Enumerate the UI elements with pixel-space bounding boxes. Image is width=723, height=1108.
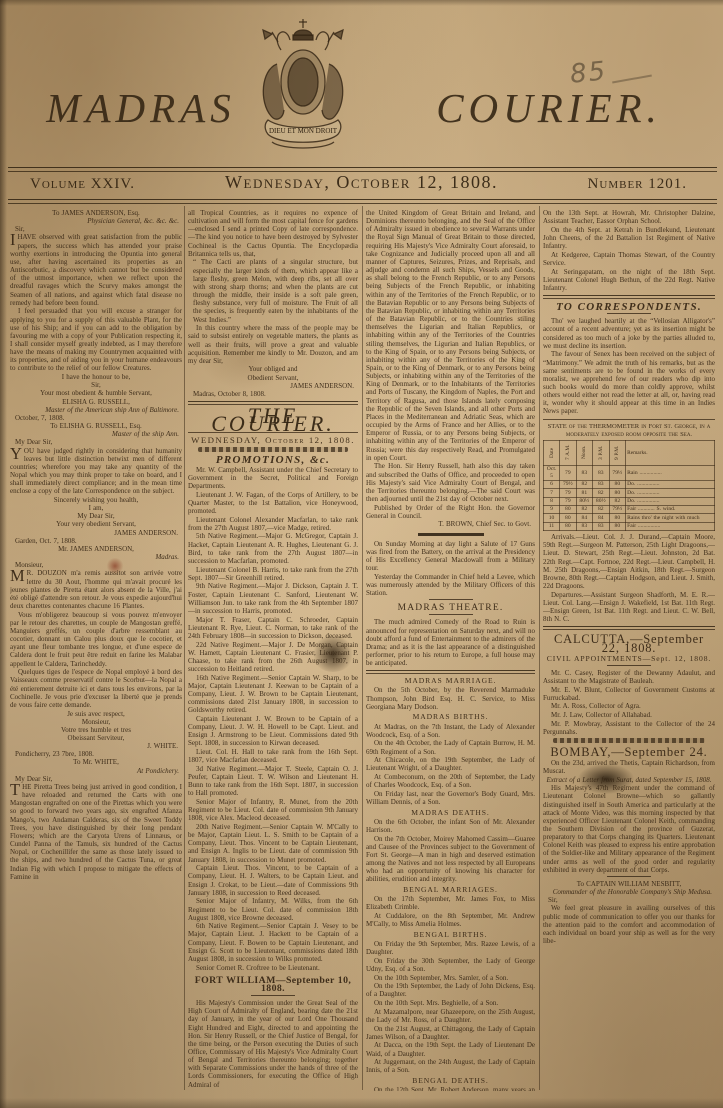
table-cell: 80 (560, 505, 576, 513)
article-line: Obeissant Serviteur, (10, 734, 182, 742)
article-line: To JAMES ANDERSON, Esq. (10, 209, 182, 217)
section-heading: FORT WILLIAM—September 10, 1808. (188, 977, 358, 993)
article-paragraph: On the 5th October, by the Reverend Marm… (366, 686, 535, 710)
table-cell: 11 (544, 522, 560, 530)
section-heading: BOMBAY,—September 24. (543, 748, 715, 756)
drop-cap: M (10, 569, 27, 583)
table-cell: 79½ (609, 465, 626, 480)
table-cell: 80 (560, 514, 576, 522)
table-cell: Do. ................ (626, 480, 715, 488)
article-paragraph: On the 4th October, the Lady of Captain … (366, 739, 535, 755)
article-line: Your very obedient Servant, (10, 520, 182, 528)
table-cell: Rains thro' the night with much (626, 514, 715, 522)
table-cell: 80½ (593, 497, 609, 505)
article-paragraph: On the 7th October, Moirey Mahomed Cassi… (366, 835, 535, 884)
article-paragraph: 5th Native Regiment.—Major G. McGregor, … (188, 532, 358, 565)
article-line: Master of the ship Ann. (10, 430, 182, 438)
table-cell: 83 (593, 522, 609, 530)
table-cell: 79 (560, 465, 576, 480)
table-cell: 79½ (609, 505, 626, 513)
table-row: 980828279½Fair ............ S. wind. (544, 505, 715, 513)
table-cell: Do. ................ (626, 497, 715, 505)
article-line: I have the honour to be, (10, 373, 182, 381)
article-paragraph: We feel great pleasure in availing ourse… (543, 904, 715, 945)
table-caption: STATE of the THERMOMETER in Fort St. Geo… (543, 423, 715, 439)
table-cell: 83 (593, 480, 609, 488)
table-row: 779818280Do. ................ (544, 489, 715, 497)
double-rule-divider (366, 670, 535, 674)
article-paragraph: At Mazamalpore, near Ghazeepore, on the … (366, 1008, 535, 1024)
article-line: Sincerely wishing you health, (10, 496, 182, 504)
rule-divider (543, 419, 715, 420)
column-2: all Tropical Countries, as it requires n… (188, 209, 358, 1091)
paper-title-right: COURIER. (404, 84, 694, 132)
article-paragraph: THE Piretta Trees being just arrived in … (10, 783, 182, 881)
table-cell: 9 (544, 505, 560, 513)
table-cell: 80 (609, 480, 626, 488)
article-paragraph: The much admired Comedy of the Road to R… (366, 618, 535, 667)
article-paragraph: On Sunday Morning at day light a Salute … (366, 540, 535, 573)
table-header: 3 P.M. (593, 440, 609, 465)
article-paragraph: Arrivals.—Lieut. Col. J. J. Durand,—Capt… (543, 533, 715, 590)
crest-motto: DIEU ET MON DROIT (269, 127, 338, 135)
article-paragraph: I HAVE observed with great satisfaction … (10, 233, 182, 306)
table-cell: Rain ................ (626, 465, 715, 480)
section-heading: BENGAL DEATHS. (366, 1077, 535, 1085)
article-paragraph: Lieutenant J. W. Fagan, of the Corps of … (188, 491, 358, 515)
quoted-paragraph: “ The Cacti are plants of a singular str… (188, 258, 358, 323)
table-cell: 80 (609, 514, 626, 522)
article-paragraph: At Juggernaut, on the 24th August, the L… (366, 1058, 535, 1074)
column-rule (539, 206, 540, 1090)
article-line: Monsieur, (10, 718, 182, 726)
article-paragraph: At Seringapatam, on the night of the 18t… (543, 268, 715, 292)
article-paragraph: On the 17th September, Mr. James Fox, to… (366, 895, 535, 911)
article-line: Commander of the Honorable Company's Shi… (543, 888, 715, 896)
table-header: Remarks. (626, 440, 715, 465)
signature-line: J. WHITE. (10, 742, 182, 750)
table-cell: 84 (576, 514, 592, 522)
article-paragraph: On the 23d, arrived the Thetis, Captain … (543, 759, 715, 775)
table-cell: 81 (576, 489, 592, 497)
article-paragraph: On the 4th Sept. at Ketrah in Bundlekund… (543, 226, 715, 250)
article-paragraph: Mr. W. Campbell, Assistant under the Chi… (188, 466, 358, 490)
article-paragraph: Lieut. Col. H. Hall to take rank from th… (188, 748, 358, 764)
article-paragraph: Mr. C. Casey, Register of the Dewanny Ad… (543, 669, 715, 685)
signature-line: JAMES ANDERSON. (10, 529, 182, 537)
article-line: Master of the American ship Ann of Balti… (10, 406, 182, 414)
article-paragraph: Quelques tiges de l'espece de Nopal empl… (10, 668, 182, 709)
article-paragraph: Captain Lieut. Thos. Vincent, to be Capt… (188, 864, 358, 897)
table-row: 87980½80½82Do. ................ (544, 497, 715, 505)
table-cell: 80 (609, 489, 626, 497)
article-paragraph: At Combeconum, on the 20th of September,… (366, 773, 535, 789)
scan-edge-shadow (0, 1098, 723, 1108)
article-paragraph: 6th Native Regiment.—Senior Captain J. V… (188, 922, 358, 963)
column-rule (184, 206, 185, 1090)
article-paragraph: On the 19th September, the Lady of John … (366, 982, 535, 998)
table-cell: 80½ (576, 497, 592, 505)
article-line: To CAPTAIN WILLIAM NESBITT, (543, 880, 715, 888)
article-line: To ELISHA G. RUSSELL, Esq. (10, 422, 182, 430)
article-paragraph: Tho' we laughed heartily at the “Vellosi… (543, 317, 715, 350)
column-1: To JAMES ANDERSON, Esq.Physician General… (10, 209, 182, 1091)
paper-title-left: MADRAS (26, 84, 256, 132)
table-header: Date (544, 440, 560, 465)
table-cell: Fair ............ S. wind. (626, 505, 715, 513)
section-heading: MADRAS MARRIAGE. (366, 677, 535, 685)
rule-divider (251, 995, 295, 996)
table-cell: 79 (560, 489, 576, 497)
thick-rule-divider (418, 533, 484, 536)
article-line: I am, (10, 504, 182, 512)
table-row: 1180838380Fair ................ (544, 522, 715, 530)
article-paragraph: MR. DOUZON m'a remis aussitot son arrivé… (10, 569, 182, 610)
dateline-rule (8, 199, 717, 204)
section-heading: PROMOTIONS, &c. (188, 456, 358, 464)
scan-edge-shadow (0, 0, 723, 6)
article-paragraph: At Chicacole, on the 19th September, the… (366, 756, 535, 772)
table-cell: 82 (576, 505, 592, 513)
article-paragraph: I feel persuaded that you will excuse a … (10, 307, 182, 372)
section-heading: BENGAL BIRTHS. (366, 931, 535, 939)
table-header: 9 P.M. (609, 440, 626, 465)
article-paragraph: At Madras, on the 7th Instant, the Lady … (366, 723, 535, 739)
rule-divider (607, 313, 651, 314)
article-paragraph: Captain Lieutenant J. W. Brown to be Cap… (188, 715, 358, 748)
article-paragraph: At Cuddalore, on the 8th September, Mr. … (366, 912, 535, 928)
royal-coat-of-arms: DIEU ET MON DROIT (248, 16, 358, 166)
scan-edge-shadow (0, 0, 7, 1108)
article-paragraph: Senior Cornet R. Croftree to be Lieutena… (188, 964, 358, 972)
article-paragraph: YOU have judged rightly in considering t… (10, 447, 182, 496)
table-cell: 83 (576, 522, 592, 530)
section-heading: MADRAS THEATRE. (366, 604, 535, 612)
article-line: Your most obedient & humble Servant, (10, 389, 182, 397)
column-4: On the 13th Sept. at Howrah, Mr. Christo… (543, 209, 715, 1091)
table-cell: 83 (593, 465, 609, 480)
section-heading: CALCUTTA,—September 22, 1808. (543, 635, 715, 651)
article-paragraph: In this country where the mass of the pe… (188, 324, 358, 365)
table-row: Oct. 579838379½Rain ................ (544, 465, 715, 480)
article-line: My Dear Sir, (10, 512, 182, 520)
article-line: At Pondichery. (10, 767, 182, 775)
table-cell: 10 (544, 514, 560, 522)
rule-divider (429, 614, 473, 615)
section-heading: MADRAS BIRTHS. (366, 713, 535, 721)
thermometer-table: Date7 A.M.Noon.3 P.M.9 P.M.Remarks.Oct. … (543, 440, 715, 531)
chain-ornament (198, 447, 348, 452)
table-cell: 82 (576, 480, 592, 488)
issue-date-line: WEDNESDAY, October 12, 1808. (188, 436, 358, 444)
article-paragraph: On the 10th Sept. Mrs. Beghielle, of a S… (366, 999, 535, 1007)
article-paragraph: all Tropical Countries, as it requires n… (188, 209, 358, 258)
article-paragraph: Mr. J. Law, Collector of Allahabad. (543, 711, 715, 719)
table-cell: Oct. 5 (544, 465, 560, 480)
table-row: 679½828380Do. ................ (544, 480, 715, 488)
article-paragraph: His Majesty's Commission under the Great… (188, 999, 358, 1089)
article-line: My Dear Sir, (10, 438, 182, 446)
article-paragraph: His Majesty's 47th Regiment under the co… (543, 784, 715, 874)
article-paragraph: Lieutenant Colonel B. Harris, to take ra… (188, 566, 358, 582)
chain-ornament (553, 738, 705, 743)
article-paragraph: Departures.—Assistant Surgeon Shadforth,… (543, 591, 715, 624)
article-paragraph: On Friday the 30th September, the Lady o… (366, 957, 535, 973)
article-line: ELISHA G. RUSSELL, (10, 398, 182, 406)
article-paragraph: Vous m'obligerez beaucoup si vous pouvez… (10, 611, 182, 668)
section-heading: TO CORRESPONDENTS. (543, 303, 715, 311)
paper-title-banner: THE COURIER. (188, 412, 358, 428)
article-paragraph: On the 13th Sept. at Howrah, Mr. Christo… (543, 209, 715, 225)
article-paragraph: The Hon. Sir Henry Russell, hath also th… (366, 462, 535, 503)
article-line: Je suis avec respect, (10, 710, 182, 718)
article-paragraph: On the 21st August, at Chittagong, the L… (366, 1025, 535, 1041)
issue-number: Number 1201. (588, 176, 687, 193)
article-paragraph: On the 6th October, the infant Son of Mr… (366, 818, 535, 834)
table-cell: 8 (544, 497, 560, 505)
article-line: Physician General, &c. &c. &c. (10, 217, 182, 225)
article-paragraph: 22d Native Regiment.—Major J. De Morgan,… (188, 641, 358, 674)
article-line: Extract of a Letter from Surat, dated Se… (543, 776, 715, 784)
article-paragraph: 16th Native Regiment.—Senior Captain W. … (188, 674, 358, 715)
table-cell: 82 (593, 505, 609, 513)
article-line: Pondicherry, 23 7bre, 1808. (10, 750, 182, 758)
section-heading: MADRAS DEATHS. (366, 809, 535, 817)
article-paragraph: Published by Order of the Right Hon. the… (366, 504, 535, 520)
column-rule (362, 206, 363, 1090)
article-line: Mr. JAMES ANDERSON, (10, 545, 182, 553)
article-line: Votre tres humble et tres (10, 726, 182, 734)
article-paragraph: On Friday last, near the Governor's Body… (366, 790, 535, 806)
double-rule-divider (543, 626, 715, 630)
table-cell: 6 (544, 480, 560, 488)
table-cell: 83 (576, 465, 592, 480)
article-paragraph: On the 12th Sept. Mr. Robert Anderson, m… (366, 1086, 535, 1091)
double-rule-divider (543, 295, 715, 299)
signature-line: T. BROWN, Chief Sec. to Govt. (366, 520, 535, 528)
column-3: the United Kingdom of Great Britain and … (366, 209, 535, 1091)
signature-line: JAMES ANDERSON. (188, 382, 358, 390)
article-paragraph: Mr. E. W. Blunt, Collector of Government… (543, 686, 715, 702)
article-line: Sir, (10, 381, 182, 389)
table-cell: 82 (593, 489, 609, 497)
table-row: 1080848480Rains thro' the night with muc… (544, 514, 715, 522)
article-line: To Mr. WHITE, (10, 758, 182, 766)
table-cell: Do. ................ (626, 489, 715, 497)
article-paragraph: Mr. A. Ross, Collector of Agra. (543, 702, 715, 710)
article-paragraph: On the 10th September, Mrs. Samler, of a… (366, 974, 535, 982)
table-cell: 84 (593, 514, 609, 522)
article-line: Garden, Oct. 7, 1808. (10, 537, 182, 545)
article-paragraph: Senior Major of Infantry, M. Wilks, from… (188, 897, 358, 921)
table-cell: Fair ................ (626, 522, 715, 530)
article-line: Madras. (10, 553, 182, 561)
section-heading: CIVIL APPOINTMENTS—Sept. 12, 1808. (543, 655, 715, 663)
article-paragraph: Yesterday the Commander in Chief held a … (366, 573, 535, 597)
article-paragraph: Major T. Fraser, Captain C. Schroeder, C… (188, 616, 358, 640)
article-line: Sir, (543, 896, 715, 904)
article-paragraph: Mr. P. Mowbray, Assistant to the Collect… (543, 720, 715, 736)
article-line: October, 7, 1808. (10, 414, 182, 422)
drop-cap: Y (10, 447, 24, 461)
article-paragraph: 3d Native Regiment.—Major T. Steele, Cap… (188, 765, 358, 798)
article-paragraph: 20th Native Regiment.—Senior Captain W. … (188, 823, 358, 864)
drop-cap: T (10, 783, 22, 797)
rule-divider (607, 876, 651, 877)
article-line: Obedient Servant, (188, 374, 358, 382)
table-header: 7 A.M. (560, 440, 576, 465)
table-cell: 79½ (560, 480, 576, 488)
article-paragraph: On Friday the 9th September, Mrs. Razee … (366, 940, 535, 956)
article-paragraph: Lieutenant Colonel Alexander Macfarlan, … (188, 516, 358, 532)
article-line: Madras, October 8, 1808. (188, 390, 358, 398)
article-paragraph: the United Kingdom of Great Britain and … (366, 209, 535, 462)
rule-divider (429, 599, 473, 600)
article-paragraph: 9th Native Regiment.—Major J. Dickson, C… (188, 582, 358, 615)
article-line: My Dear Sir, (10, 775, 182, 783)
article-paragraph: Senior Major of Infantry, R. Munet, from… (188, 798, 358, 822)
article-paragraph: At Dacca, on the 19th Sept. the Lady of … (366, 1041, 535, 1057)
table-cell: 80 (609, 522, 626, 530)
table-header: Noon. (576, 440, 592, 465)
section-heading: BENGAL MARRIAGES. (366, 886, 535, 894)
table-cell: 80 (560, 522, 576, 530)
article-paragraph: The favour of Senex has been received on… (543, 350, 715, 415)
table-cell: 79 (560, 497, 576, 505)
rule-divider (607, 665, 651, 666)
article-paragraph: At Kedgeree, Captain Thomas Stewart, of … (543, 251, 715, 267)
article-line: Your obliged and (188, 365, 358, 373)
drop-cap: I (10, 233, 18, 247)
table-cell: 7 (544, 489, 560, 497)
table-cell: 82 (609, 497, 626, 505)
